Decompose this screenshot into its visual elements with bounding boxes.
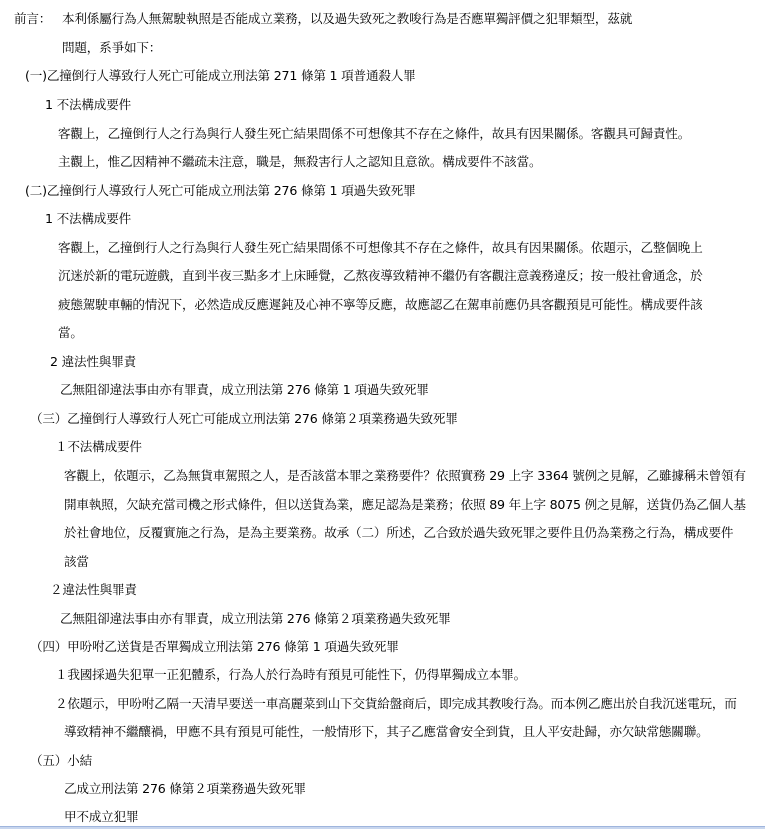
section-4-item-2-line-1: ２依題示，甲吩咐乙隔一天清早要送一車高麗菜到山下交貨給盤商后，即完成其教唆行為。… [55, 696, 737, 712]
section-4-item-2-line-2: 導致精神不繼釀禍，甲應不具有預見可能性，一般情形下，其子乙應當會安全到貨，且人平… [64, 724, 708, 740]
section-3-heading: （三）乙撞倒行人導致行人死亡可能成立刑法第 276 條第２項業務過失致死罪 [30, 411, 458, 427]
summary-line: 甲不成立犯罪 [64, 809, 138, 825]
section-3-paragraph-line: 客觀上，依題示，乙為無貨車駕照之人，是否該當本罪之業務要件？依照實務 29 上字… [64, 468, 746, 484]
section-3-paragraph-line: 於社會地位，反覆實施之行為，是為主要業務。故承（二）所述，乙合致於過失致死罪之要… [64, 525, 733, 541]
summary-line: 乙成立刑法第 276 條第２項業務過失致死罪 [64, 781, 306, 797]
section-1-sub-1-heading: 1 不法構成要件 [45, 97, 131, 113]
section-2-paragraph-line: 客觀上，乙撞倒行人之行為與行人發生死亡結果間係不可想像其不存在之條件，故具有因果… [58, 240, 702, 256]
section-2-conclusion: 乙無阻卻違法事由亦有罪責，成立刑法第 276 條第 1 項過失致死罪 [60, 382, 429, 398]
section-4-item-1: １我國採過失犯單一正犯體系，行為人於行為時有預見可能性下，仍得單獨成立本罪。 [55, 667, 526, 683]
preface-line-1: 本利係屬行為人無駕駛執照是否能成立業務，以及過失致死之教唆行為是否應單獨評價之犯… [62, 11, 632, 27]
section-3-sub-1-heading: １不法構成要件 [55, 439, 142, 455]
section-3-conclusion: 乙無阻卻違法事由亦有罪責，成立刑法第 276 條第２項業務過失致死罪 [60, 611, 450, 627]
section-2-sub-1-heading: 1 不法構成要件 [45, 211, 131, 227]
preface-line-2: 問題，系爭如下： [62, 40, 161, 56]
section-5-heading: （五）小結 [30, 753, 92, 769]
document-page: 前言： 本利係屬行為人無駕駛執照是否能成立業務，以及過失致死之教唆行為是否應單獨… [0, 0, 765, 826]
section-2-sub-2-heading: 2 違法性與罪責 [50, 354, 136, 370]
section-3-sub-2-heading: ２違法性與罪責 [50, 582, 137, 598]
preface-label: 前言： [14, 11, 51, 27]
section-1-paragraph-line: 客觀上，乙撞倒行人之行為與行人發生死亡結果間係不可想像其不存在之條件，故具有因果… [58, 126, 690, 142]
section-1-paragraph-line: 主觀上，惟乙因精神不繼疏未注意，職是，無殺害行人之認知且意欲。構成要件不該當。 [58, 154, 541, 170]
section-2-heading: (二)乙撞倒行人導致行人死亡可能成立刑法第 276 條第 1 項過失致死罪 [25, 183, 416, 199]
section-3-paragraph-line: 該當 [64, 554, 89, 570]
section-2-paragraph-line: 沉迷於新的電玩遊戲，直到半夜三點多才上床睡覺，乙熬夜導致精神不繼仍有客觀注意義務… [58, 268, 702, 284]
section-2-paragraph-line: 當。 [58, 325, 83, 341]
section-4-heading: （四）甲吩咐乙送貨是否單獨成立刑法第 276 條第 1 項過失致死罪 [30, 639, 399, 655]
section-1-heading: (一)乙撞倒行人導致行人死亡可能成立刑法第 271 條第 1 項普通殺人罪 [25, 68, 416, 84]
section-2-paragraph-line: 疲態駕駛車輛的情況下，必然造成反應遲鈍及心神不寧等反應，故應認乙在駕車前應仍具客… [58, 297, 702, 313]
section-3-paragraph-line: 開車執照，欠缺充當司機之形式條件，但以送貨為業，應足認為是業務；依照 89 年上… [64, 497, 746, 513]
